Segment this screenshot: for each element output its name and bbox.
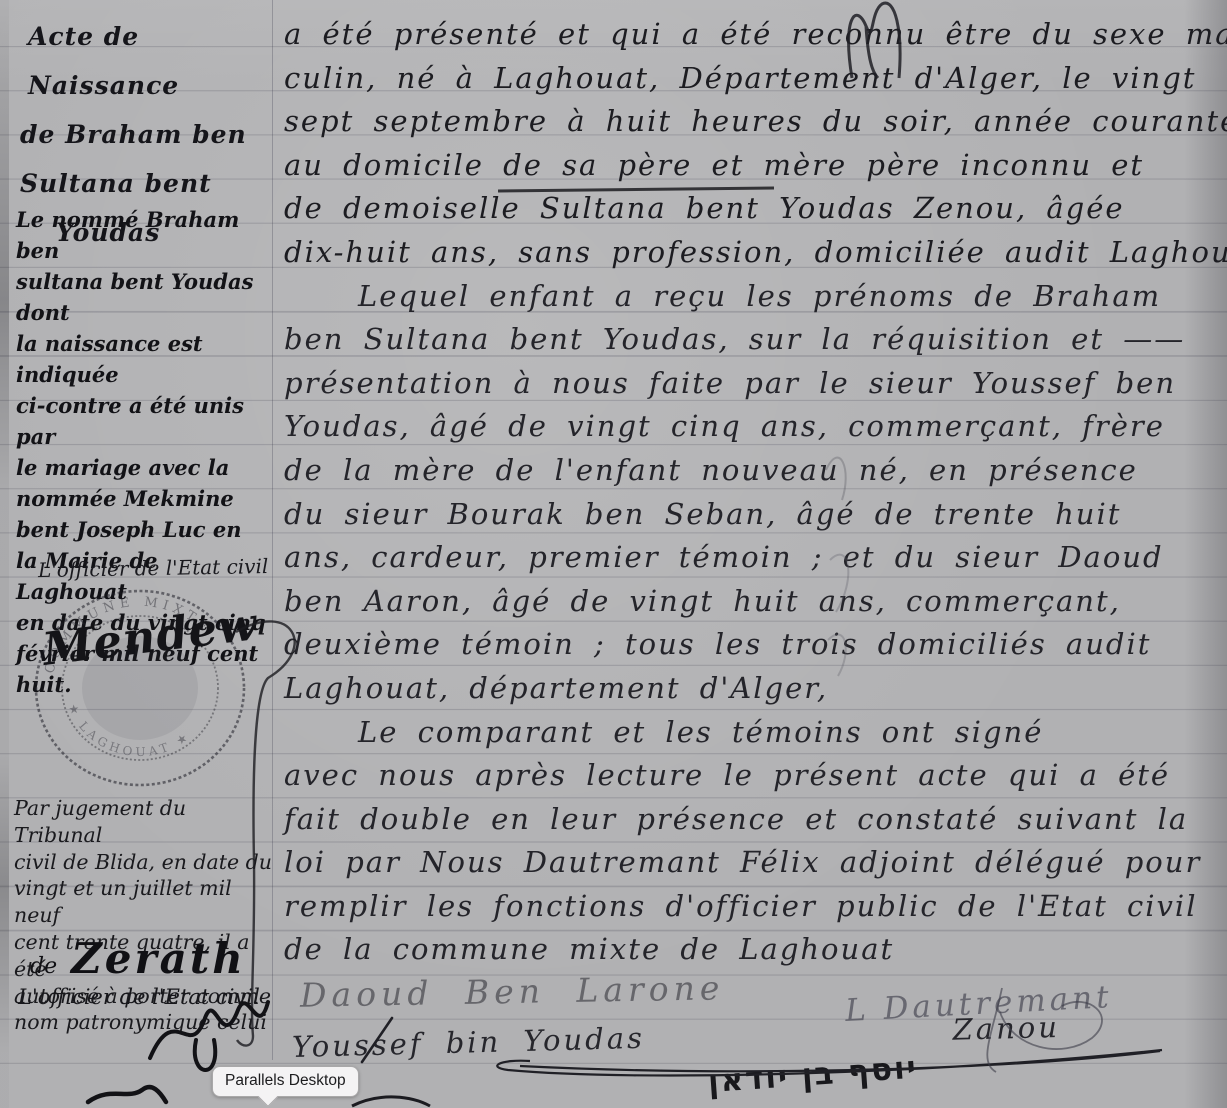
- body-text-line: avec nous après lecture le présent acte …: [284, 754, 1196, 798]
- margin-note-line: sultana bent Youdas dont: [16, 266, 274, 328]
- body-text-line: au domicile de sa père et mère père inco…: [284, 144, 1196, 188]
- body-text-line: remplir les fonctions d'officier public …: [284, 885, 1196, 929]
- parallels-desktop-tooltip: Parallels Desktop: [212, 1066, 359, 1097]
- body-text-line: fait double en leur présence et constaté…: [284, 798, 1196, 842]
- body-text-line: du sieur Bourak ben Seban, âgé de trente…: [284, 493, 1196, 537]
- signature-witness-daoud: Daoud Ben Larone: [300, 968, 725, 1014]
- body-text-line: ben Sultana bent Youdas, sur la réquisit…: [284, 318, 1196, 362]
- margin-title-line: Sultana bent: [20, 159, 272, 208]
- margin-note-line: nom patronymique celui: [14, 1009, 278, 1036]
- body-text-line: de la mère de l'enfant nouveau né, en pr…: [284, 449, 1196, 493]
- body-text-line: présentation à nous faite par le sieur Y…: [284, 362, 1196, 406]
- body-text-line: loi par Nous Dautremant Félix adjoint dé…: [284, 841, 1196, 885]
- margin-patronymic-line: de Zerath: [30, 934, 274, 983]
- body-text-line: Le comparant et les témoins ont signé: [284, 711, 1196, 755]
- bottom-left-ink-fragment: [88, 1087, 166, 1102]
- margin-title-line: de Braham ben: [20, 110, 272, 159]
- margin-note-line: ci-contre a été unis par: [16, 390, 274, 452]
- binding-shadow: [0, 0, 9, 1108]
- body-text-line: Laghouat, département d'Alger,: [284, 667, 1196, 711]
- body-text-line: dix-huit ans, sans profession, domicilié…: [284, 231, 1196, 275]
- margin-note-line: nommée Mekmine: [16, 483, 274, 514]
- patronymic-prefix: de: [30, 954, 57, 979]
- margin-officer-caption: L'officier de l'Etat civil: [38, 554, 278, 582]
- margin-note-line: vingt et un juillet mil neuf: [14, 875, 278, 929]
- body-text-line: a été présenté et qui a été reconnu être…: [284, 13, 1196, 57]
- margin-officer-caption-2: L'officier de l'Etat civil: [18, 985, 268, 1009]
- bottom-center-ink-fragment: [352, 1097, 430, 1106]
- margin-note-line: Par jugement du Tribunal: [14, 795, 278, 849]
- patronymic-name: Zerath: [71, 934, 246, 983]
- body-text-line: Lequel enfant a reçu les prénoms de Brah…: [284, 275, 1196, 319]
- signature-hebrew: יוסף בן יודאן: [617, 1050, 919, 1107]
- body-text-line: Youdas, âgé de vingt cinq ans, commerçan…: [284, 405, 1196, 449]
- body-text-line: de demoiselle Sultana bent Youdas Zenou,…: [284, 187, 1196, 231]
- margin-title-line: Acte de Naissance: [20, 12, 272, 110]
- margin-note-line: civil de Blida, en date du: [14, 849, 278, 876]
- body-text-line: culin, né à Laghouat, Département d'Alge…: [284, 57, 1196, 101]
- body-text-line: deuxième témoin ; tous les trois domicil…: [284, 623, 1196, 667]
- scanned-birth-record-page: Acte de Naissancede Braham benSultana be…: [0, 0, 1227, 1108]
- act-body-text: a été présenté et qui a été reconnu être…: [284, 13, 1196, 972]
- margin-note-line: le mariage avec la: [16, 452, 274, 483]
- margin-note-line: Le nommé Braham ben: [16, 204, 274, 266]
- svg-text:★ LAGHOUAT ★: ★ LAGHOUAT ★: [65, 702, 193, 760]
- signature-declarant-name: Youssef bin Youdas: [292, 1021, 646, 1064]
- body-text-line: ans, cardeur, premier témoin ; et du sie…: [284, 536, 1196, 580]
- margin-note-line: la naissance est indiquée: [16, 328, 274, 390]
- margin-note-line: bent Joseph Luc en: [16, 514, 274, 545]
- body-text-line: ben Aaron, âgé de vingt huit ans, commer…: [284, 580, 1196, 624]
- signature-officer-dautremant: L Dautremant: [844, 979, 1113, 1029]
- stamp-ring-text-bottom: ★ LAGHOUAT ★: [65, 702, 193, 760]
- body-text-line: de la commune mixte de Laghouat: [284, 928, 1196, 972]
- body-text-line: sept septembre à huit heures du soir, an…: [284, 100, 1196, 144]
